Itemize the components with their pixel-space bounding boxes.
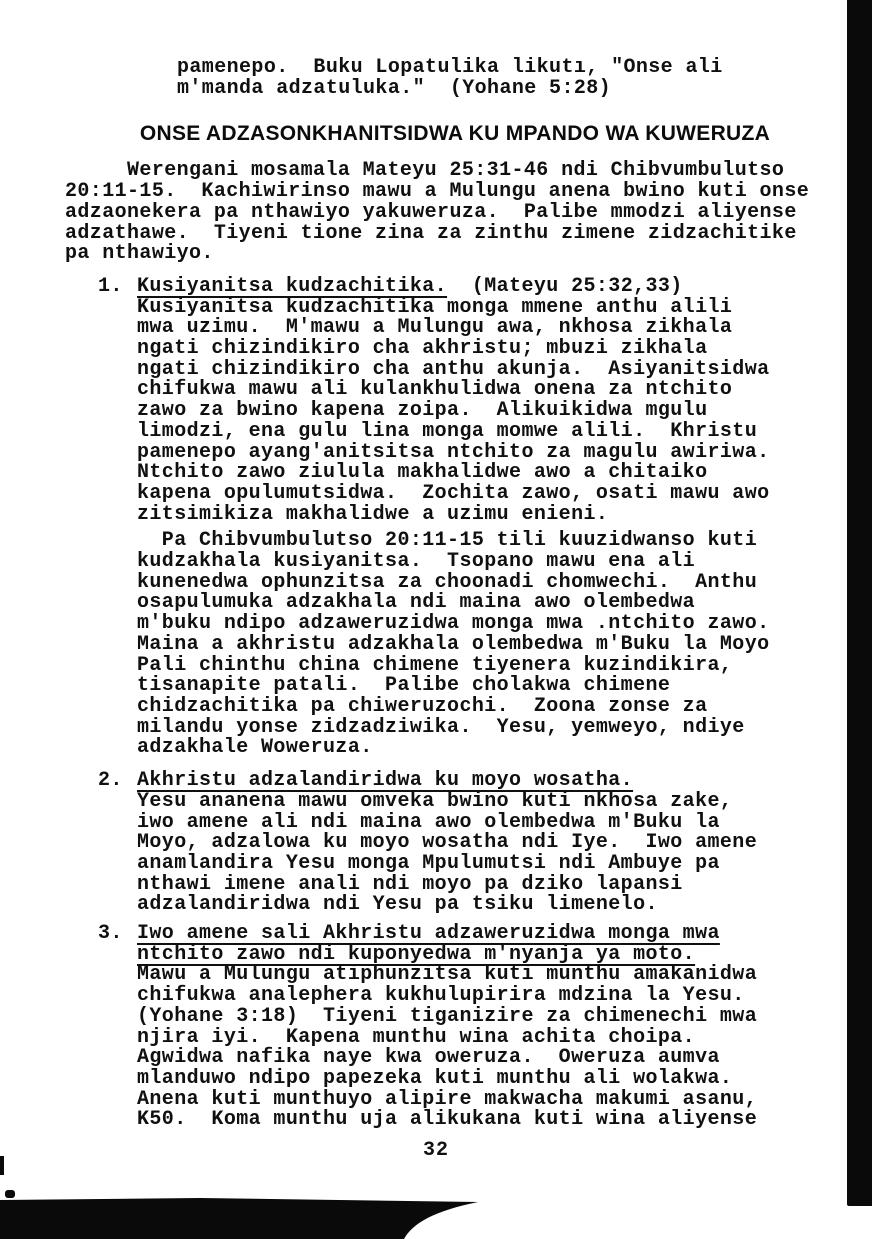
scan-speck-left-upper: [0, 1156, 4, 1175]
page-content: pamenepo. Buku Lopatulika likutı, "Onse …: [65, 58, 847, 1131]
list-item-2-heading-underlined: Akhristu adzalandiridwa ku moyo wosatha.: [137, 769, 633, 792]
list-item-2: 2. Akhristu adzalandiridwa ku moyo wosat…: [98, 771, 847, 916]
scan-shadow-bottom-left: [0, 1194, 520, 1239]
page-number: 32: [0, 1141, 872, 1162]
list-item-2-body: Yesu ananena mawu omveka bwino kuti nkho…: [137, 792, 757, 916]
quote-continuation-paragraph: pamenepo. Buku Lopatulika likutı, "Onse …: [177, 58, 847, 99]
list-item-2-text: Akhristu adzalandiridwa ku moyo wosatha.…: [137, 771, 757, 916]
list-item-3-number: 3.: [98, 924, 137, 1131]
list-item-3-heading-underlined: Iwo amene sali Akhristu adzaweruzidwa mo…: [137, 922, 720, 966]
list-item-1-heading: Kusiyanitsa kudzachitika. (Mateyu 25:32,…: [137, 277, 770, 298]
list-item-1: 1. Kusiyanitsa kudzachitika. (Mateyu 25:…: [98, 277, 847, 759]
list-item-1-text: Kusiyanitsa kudzachitika. (Mateyu 25:32,…: [137, 277, 770, 759]
scan-edge-bar-right: [847, 0, 872, 1206]
list-item-3-heading: Iwo amene sali Akhristu adzaweruzidwa mo…: [137, 924, 757, 965]
lead-paragraph: Werengani mosamala Mateyu 25:31-46 ndi C…: [65, 161, 847, 265]
list-item-1-number: 1.: [98, 277, 137, 759]
list-item-3: 3. Iwo amene sali Akhristu adzaweruzidwa…: [98, 924, 847, 1131]
list-item-1-heading-reference: (Mateyu 25:32,33): [447, 275, 683, 298]
list-item-1-heading-underlined: Kusiyanitsa kudzachitika.: [137, 275, 447, 298]
scanned-document-page: pamenepo. Buku Lopatulika likutı, "Onse …: [0, 0, 872, 1239]
list-item-2-heading: Akhristu adzalandiridwa ku moyo wosatha.: [137, 771, 757, 792]
section-heading: ONSE ADZASONKHANITSIDWA KU MPANDO WA KUW…: [65, 121, 845, 147]
list-item-1-body-continued: Pa Chibvumbulutso 20:11-15 tili kuuzidwa…: [137, 531, 770, 759]
list-item-1-body: Kusiyanitsa kudzachitika monga mmene ant…: [137, 298, 770, 526]
list-item-3-text: Iwo amene sali Akhristu adzaweruzidwa mo…: [137, 924, 757, 1131]
scan-speck-left-lower: [5, 1190, 15, 1198]
list-item-2-number: 2.: [98, 771, 137, 916]
list-item-3-body: Mawu a Mulungu atiphunzitsa kuti munthu …: [137, 965, 757, 1131]
